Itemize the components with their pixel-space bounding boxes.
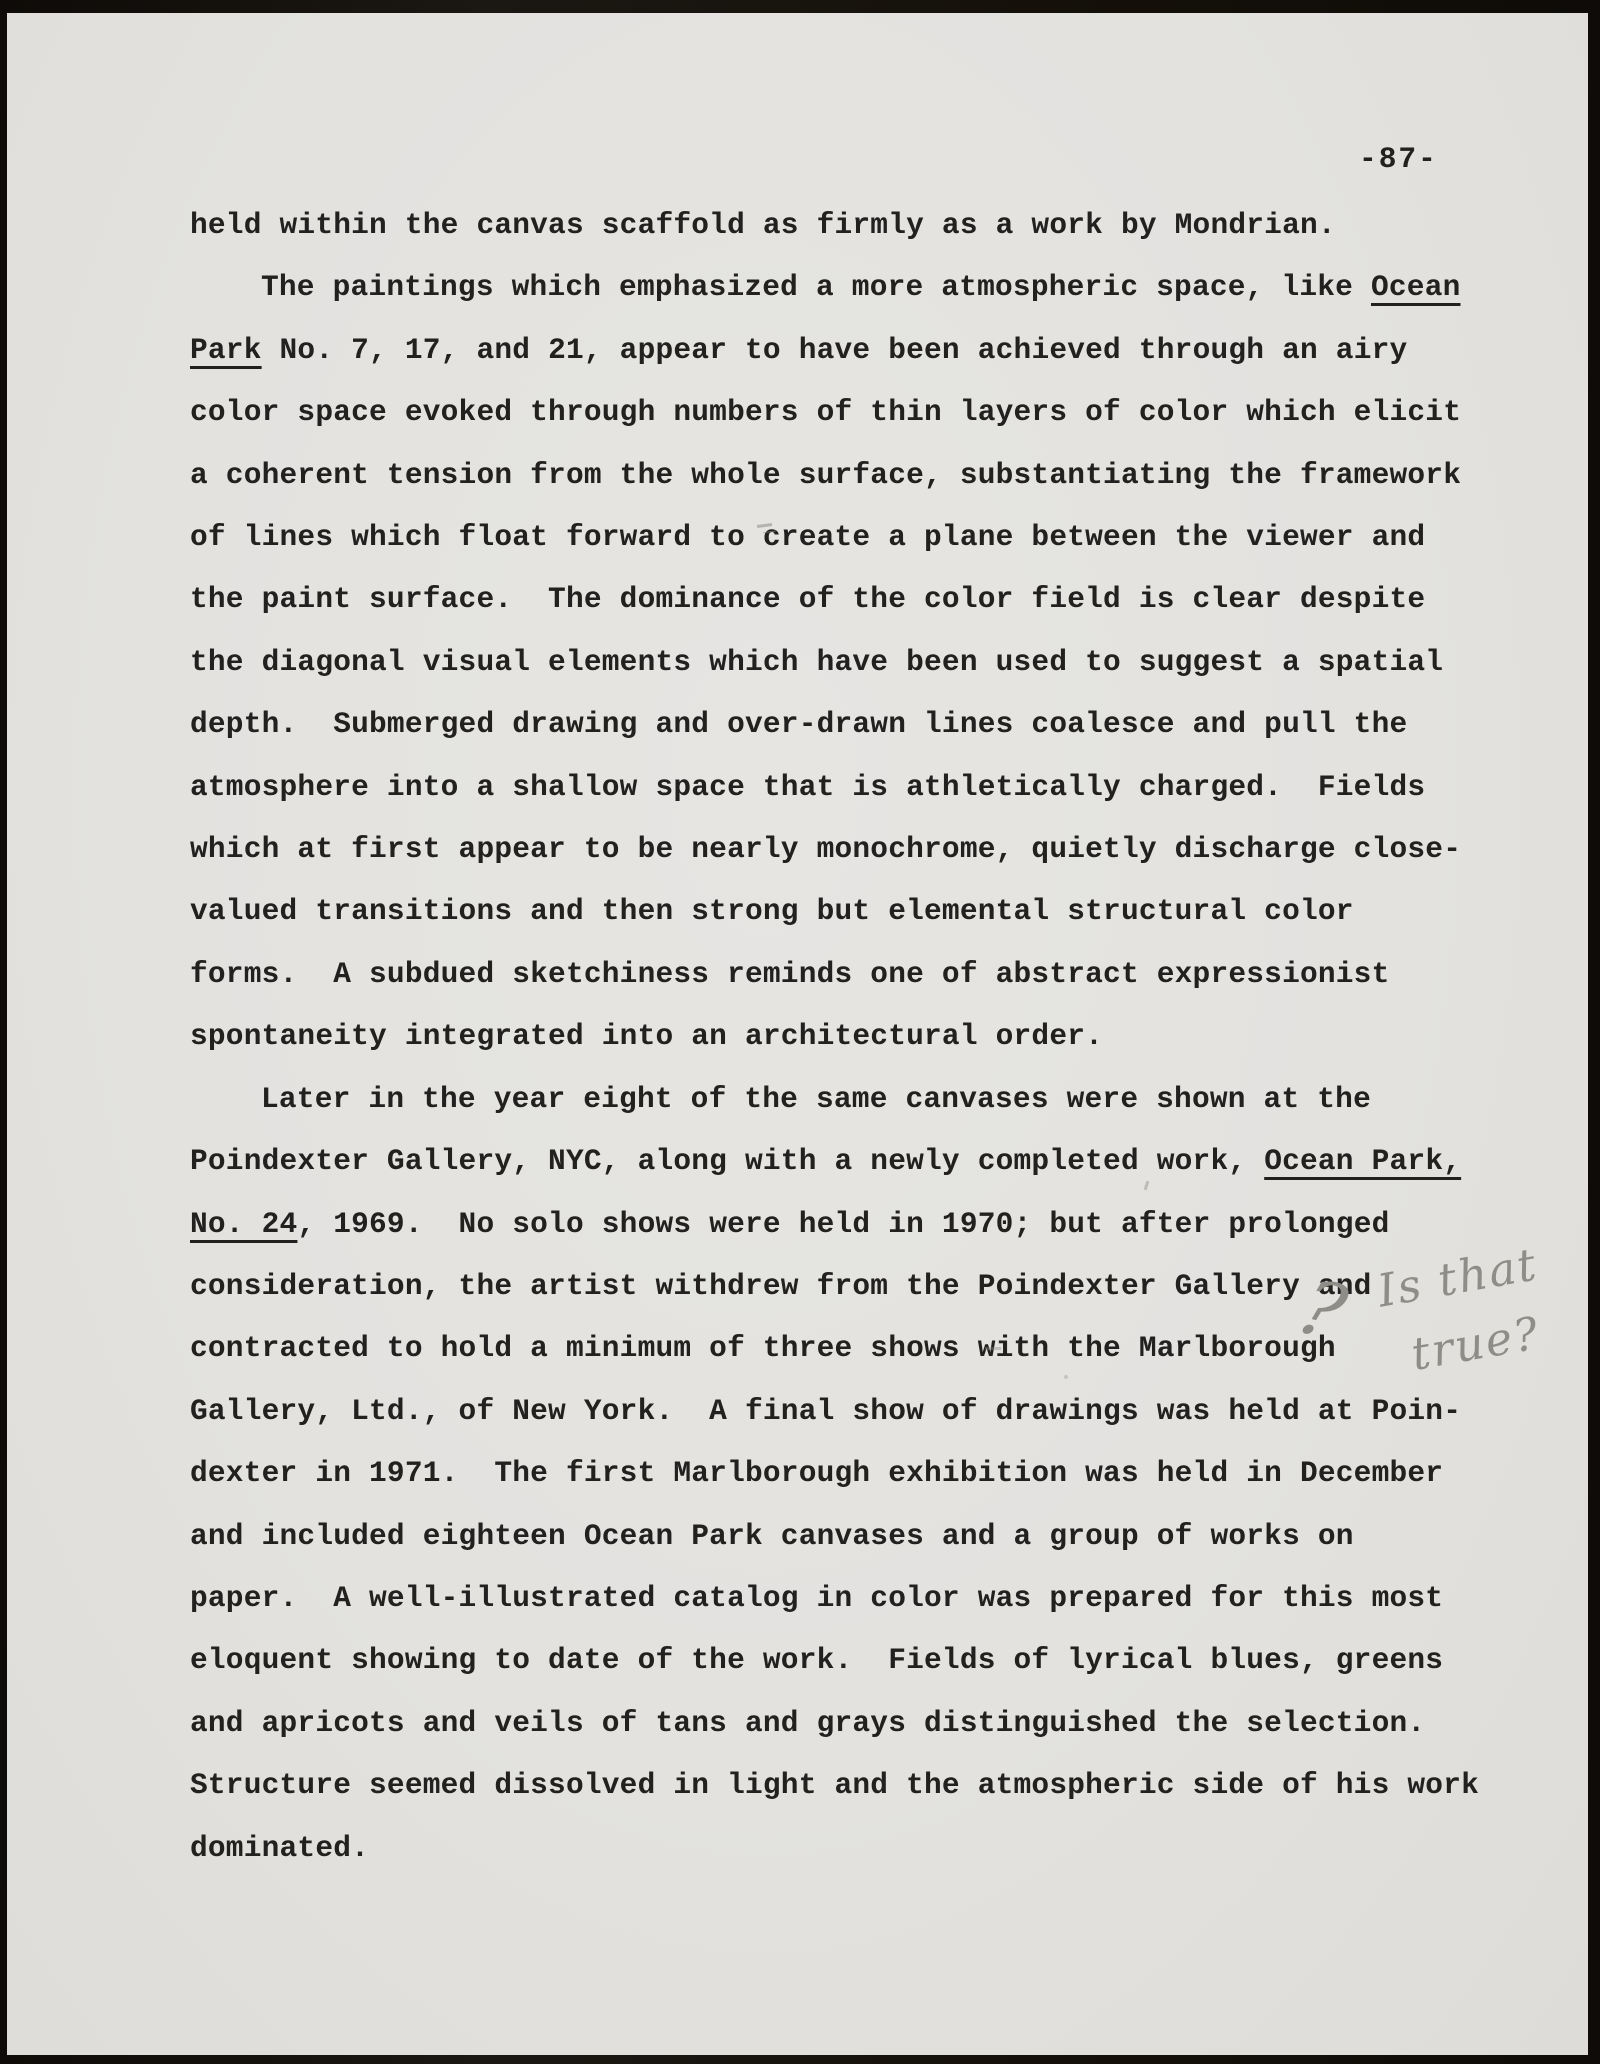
line-text: which at first appear to be nearly monoc… bbox=[190, 832, 1461, 866]
text-line: eloquent showing to date of the work. Fi… bbox=[190, 1629, 1520, 1691]
line-text: dexter in 1971. The first Marlborough ex… bbox=[190, 1456, 1443, 1490]
line-text: depth. Submerged drawing and over-drawn … bbox=[190, 707, 1407, 741]
line-text: a coherent tension from the whole surfac… bbox=[190, 458, 1461, 492]
body-text: held within the canvas scaffold as firml… bbox=[190, 194, 1520, 1879]
line-text: color space evoked through numbers of th… bbox=[190, 395, 1461, 429]
underlined-title: Ocean Park, bbox=[1264, 1144, 1461, 1178]
scan-speck bbox=[985, 1347, 1001, 1350]
underlined-title: Park bbox=[190, 333, 262, 367]
text-line: a coherent tension from the whole surfac… bbox=[190, 444, 1520, 506]
line-text: held within the canvas scaffold as firml… bbox=[190, 208, 1336, 242]
line-text: of lines which float forward to create a… bbox=[190, 520, 1425, 554]
line-text: Poindexter Gallery, NYC, along with a ne… bbox=[190, 1144, 1264, 1178]
scan-speck bbox=[1064, 1375, 1068, 1379]
text-line: forms. A subdued sketchiness reminds one… bbox=[190, 943, 1520, 1005]
text-line: and included eighteen Ocean Park canvase… bbox=[190, 1505, 1520, 1567]
text-line: paper. A well-illustrated catalog in col… bbox=[190, 1567, 1520, 1629]
line-text: dominated. bbox=[190, 1831, 369, 1865]
page-number: -87- bbox=[1359, 141, 1438, 177]
text-line: held within the canvas scaffold as firml… bbox=[190, 194, 1520, 256]
text-line: valued transitions and then strong but e… bbox=[190, 880, 1520, 942]
text-line: color space evoked through numbers of th… bbox=[190, 381, 1520, 443]
text-line: Park No. 7, 17, and 21, appear to have b… bbox=[190, 319, 1520, 381]
paper: -87- held within the canvas scaffold as … bbox=[7, 13, 1588, 2055]
text-line: which at first appear to be nearly monoc… bbox=[190, 818, 1520, 880]
text-line: The paintings which emphasized a more at… bbox=[190, 256, 1520, 318]
line-text: consideration, the artist withdrew from … bbox=[190, 1269, 1372, 1303]
line-text: and included eighteen Ocean Park canvase… bbox=[190, 1519, 1354, 1553]
text-line: Gallery, Ltd., of New York. A final show… bbox=[190, 1380, 1520, 1442]
line-text: the paint surface. The dominance of the … bbox=[190, 582, 1425, 616]
text-line: Structure seemed dissolved in light and … bbox=[190, 1754, 1520, 1816]
line-text: Later in the year eight of the same canv… bbox=[261, 1082, 1371, 1116]
line-text: eloquent showing to date of the work. Fi… bbox=[190, 1643, 1443, 1677]
text-line: the diagonal visual elements which have … bbox=[190, 631, 1520, 693]
line-text: the diagonal visual elements which have … bbox=[190, 645, 1443, 679]
line-text: No. 7, 17, and 21, appear to have been a… bbox=[262, 333, 1408, 367]
line-text: valued transitions and then strong but e… bbox=[190, 894, 1354, 928]
text-line: Poindexter Gallery, NYC, along with a ne… bbox=[190, 1130, 1520, 1192]
line-text: contracted to hold a minimum of three sh… bbox=[190, 1331, 1336, 1365]
line-text: Structure seemed dissolved in light and … bbox=[190, 1768, 1479, 1802]
text-line: dominated. bbox=[190, 1817, 1520, 1879]
line-text: Gallery, Ltd., of New York. A final show… bbox=[190, 1394, 1461, 1428]
text-line: of lines which float forward to create a… bbox=[190, 506, 1520, 568]
line-text: and apricots and veils of tans and grays… bbox=[190, 1706, 1425, 1740]
text-line: No. 24, 1969. No solo shows were held in… bbox=[190, 1193, 1520, 1255]
line-text: atmosphere into a shallow space that is … bbox=[190, 770, 1425, 804]
text-line: spontaneity integrated into an architect… bbox=[190, 1005, 1520, 1067]
line-text: , 1969. No solo shows were held in 1970;… bbox=[297, 1207, 1389, 1241]
line-text: spontaneity integrated into an architect… bbox=[190, 1019, 1103, 1053]
text-line: Later in the year eight of the same canv… bbox=[190, 1068, 1520, 1130]
text-line: depth. Submerged drawing and over-drawn … bbox=[190, 693, 1520, 755]
line-text: The paintings which emphasized a more at… bbox=[261, 270, 1371, 304]
text-line: atmosphere into a shallow space that is … bbox=[190, 756, 1520, 818]
scanned-page: -87- held within the canvas scaffold as … bbox=[0, 0, 1600, 2064]
text-line: dexter in 1971. The first Marlborough ex… bbox=[190, 1442, 1520, 1504]
underlined-title: No. 24 bbox=[190, 1207, 297, 1241]
text-line: and apricots and veils of tans and grays… bbox=[190, 1692, 1520, 1754]
underlined-title: Ocean bbox=[1371, 270, 1461, 304]
text-line: the paint surface. The dominance of the … bbox=[190, 568, 1520, 630]
line-text: forms. A subdued sketchiness reminds one… bbox=[190, 957, 1390, 991]
line-text: paper. A well-illustrated catalog in col… bbox=[190, 1581, 1443, 1615]
